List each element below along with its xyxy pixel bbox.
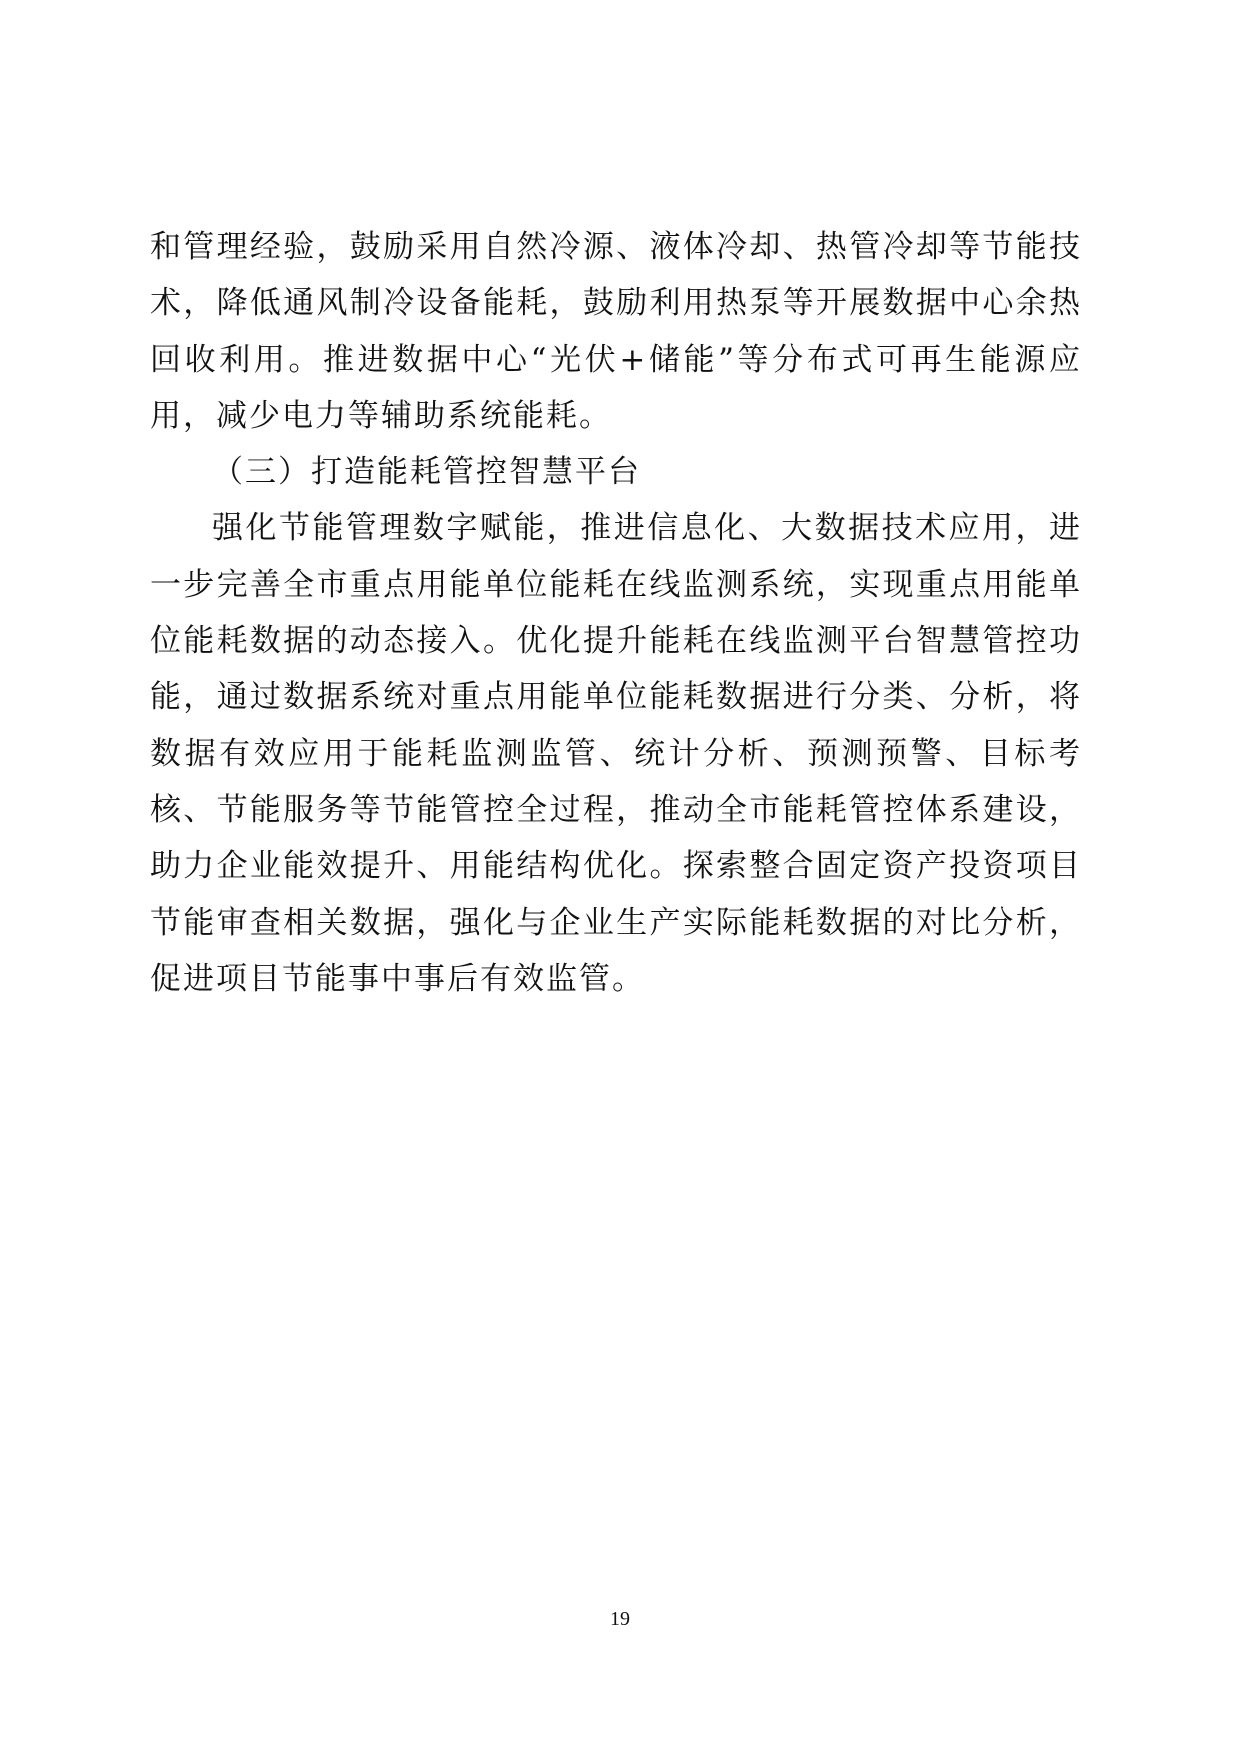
paragraph-continuation: 和管理经验，鼓励采用自然冷源、液体冷却、热管冷却等节能技术，降低通风制冷设备能耗… [150, 219, 1082, 444]
paragraph-body: 强化节能管理数字赋能，推进信息化、大数据技术应用，进一步完善全市重点用能单位能耗… [150, 500, 1082, 1007]
body-text: 和管理经验，鼓励采用自然冷源、液体冷却、热管冷却等节能技术，降低通风制冷设备能耗… [150, 219, 1082, 1007]
document-page: 和管理经验，鼓励采用自然冷源、液体冷却、热管冷却等节能技术，降低通风制冷设备能耗… [0, 0, 1240, 1754]
page-number: 19 [0, 1608, 1240, 1631]
section-heading: （三）打造能耗管控智慧平台 [150, 444, 1082, 500]
